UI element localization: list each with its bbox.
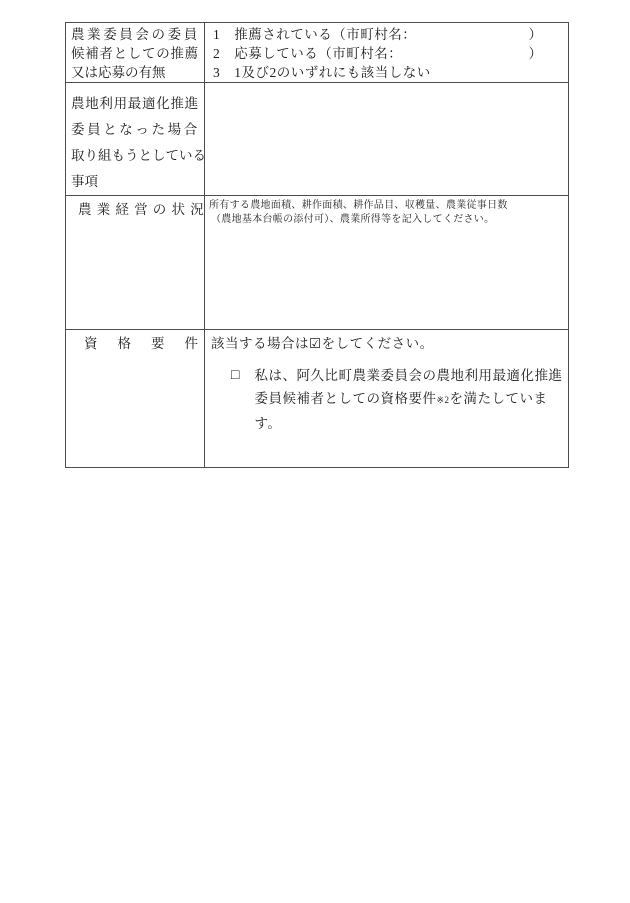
checkbox-instruction: 該当する場合は☑をしてください。 (211, 334, 560, 354)
label-line: 事項 (71, 169, 199, 195)
option-text: 3 1及び2のいずれにも該当しない (213, 63, 431, 82)
statement-line: す。 (254, 412, 562, 435)
option-neither: 3 1及び2のいずれにも該当しない (213, 63, 542, 82)
recommendation-status-options-cell: 1 推薦されている（市町村名： ） 2 応募している（市町村名： ） 3 1及び… (205, 23, 569, 83)
label-line: 農業委員会の委員 (71, 25, 199, 44)
qualification-content-cell: 該当する場合は☑をしてください。 □ 私は、阿久比町農業委員会の農地利用最適化推… (205, 330, 569, 468)
label-line: 委員となった場合 (71, 117, 199, 143)
label-text: 農業経営の状況 (71, 198, 199, 218)
form-document-page: 農業委員会の委員 候補者としての推薦 又は応募の有無 1 推薦されている（市町村… (0, 0, 630, 903)
table-row-farming-status: 農業経営の状況 所有する農地面積、耕作面積、耕作品目、収穫量、農業従事日数 （農… (66, 196, 569, 330)
recommendation-status-label-cell: 農業委員会の委員 候補者としての推薦 又は応募の有無 (66, 23, 205, 83)
option-text: 2 応募している（市町村名： (213, 44, 402, 63)
table-row-qualification: 資格要件 該当する場合は☑をしてください。 □ 私は、阿久比町農業委員会の農地利… (66, 330, 569, 468)
note-line: 所有する農地面積、耕作面積、耕作品目、収穫量、農業従事日数 (209, 199, 562, 213)
qualification-label-cell: 資格要件 (66, 330, 205, 468)
farming-status-entry-cell: 所有する農地面積、耕作面積、耕作品目、収穫量、農業従事日数 （農地基本台帳の添付… (205, 196, 569, 330)
label-text: 資格要件 (71, 332, 199, 352)
farming-status-label-cell: 農業経営の状況 (66, 196, 205, 330)
label-line: 又は応募の有無 (71, 63, 199, 82)
option-text: 1 推薦されている（市町村名： (213, 25, 416, 44)
statement-line: 私は、阿久比町農業委員会の農地利用最適化推進 (254, 364, 562, 387)
label-line: 取り組もうとしている (71, 143, 199, 169)
statement-segment: 委員候補者としての資格要件 (254, 391, 436, 406)
statement-text: 私は、阿久比町農業委員会の農地利用最適化推進 委員候補者としての資格要件※2を満… (254, 364, 562, 435)
qualification-statement: □ 私は、阿久比町農業委員会の農地利用最適化推進 委員候補者としての資格要件※2… (211, 364, 560, 435)
footnote-reference: ※2 (436, 395, 449, 405)
closing-paren: ） (529, 25, 543, 44)
label-line: 候補者としての推薦 (71, 44, 199, 63)
planned-initiatives-label-cell: 農地利用最適化推進 委員となった場合 取り組もうとしている 事項 (66, 83, 205, 196)
option-applied: 2 応募している（市町村名： ） (213, 44, 542, 63)
statement-segment: を満たしていま (450, 391, 548, 406)
table-row-recommendation-status: 農業委員会の委員 候補者としての推薦 又は応募の有無 1 推薦されている（市町村… (66, 23, 569, 83)
note-line: （農地基本台帳の添付可）、農業所得等を記入してください。 (209, 213, 562, 227)
label-line: 農地利用最適化推進 (71, 91, 199, 117)
statement-line: 委員候補者としての資格要件※2を満たしていま (254, 387, 562, 412)
option-recommended: 1 推薦されている（市町村名： ） (213, 25, 542, 44)
planned-initiatives-entry-cell (205, 83, 569, 196)
table-row-planned-initiatives: 農地利用最適化推進 委員となった場合 取り組もうとしている 事項 (66, 83, 569, 196)
closing-paren: ） (529, 44, 543, 63)
application-form-table: 農業委員会の委員 候補者としての推薦 又は応募の有無 1 推薦されている（市町村… (65, 22, 569, 468)
empty-checkbox-icon[interactable]: □ (231, 364, 239, 387)
